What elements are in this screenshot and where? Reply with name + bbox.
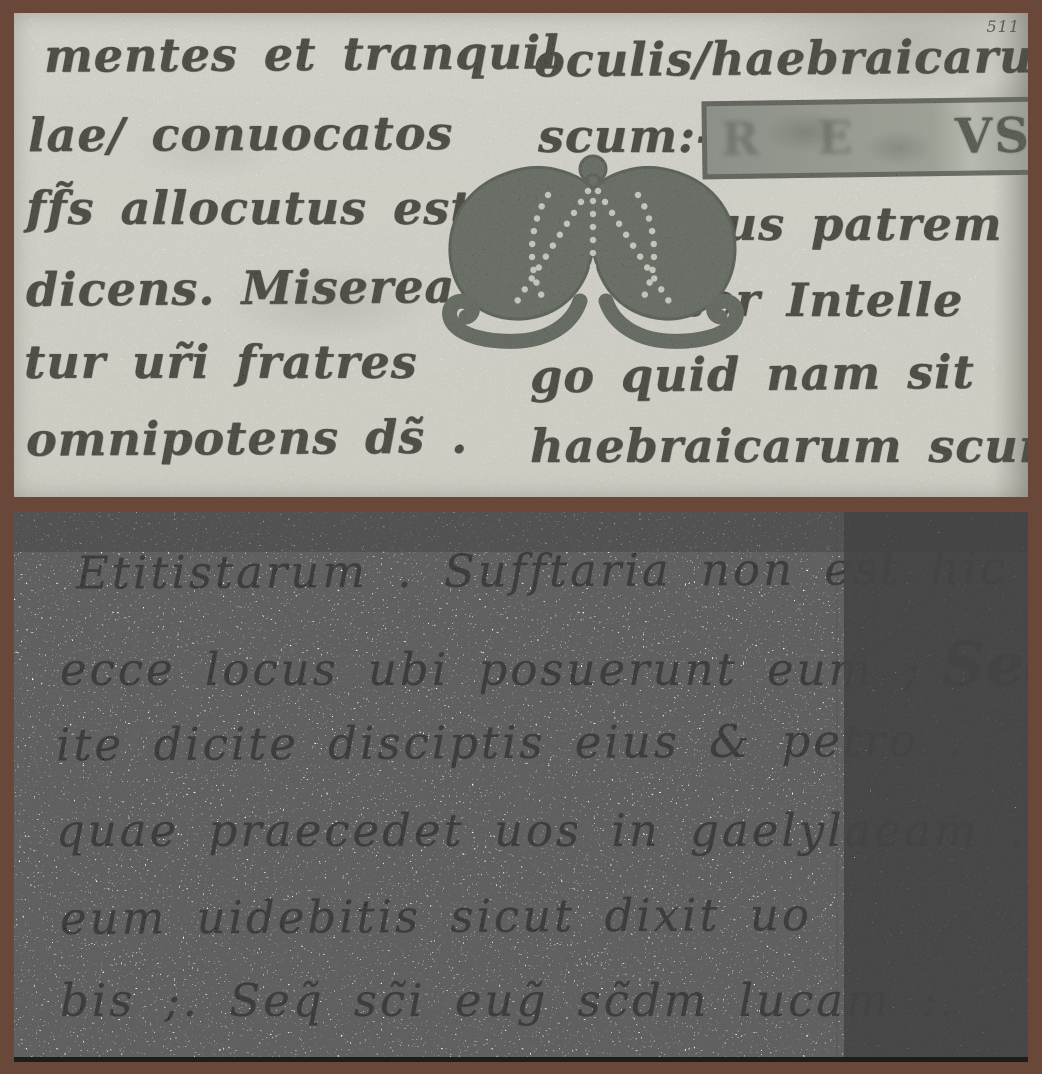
- manuscript-line: Etitistarum . Sufftaria non est hic .: [76, 541, 1028, 599]
- manuscript-line: ff̃s allocutus est: [26, 181, 472, 235]
- manuscript-line: tur ur̃i fratres: [24, 335, 418, 389]
- bottom-manuscript-panel: Etitistarum . Sufftaria non est hic . ec…: [14, 512, 1028, 1062]
- manuscript-line: oculis/haebraicarum: [534, 29, 1028, 88]
- manuscript-line: omnipotens ds̃ .: [26, 409, 468, 466]
- manuscript-line: ecce locus ubi posuerunt eum ;Sed: [60, 630, 1028, 700]
- manuscript-line: eum uidebitis sicut dixit uo: [60, 888, 812, 945]
- line-text: ecce locus ubi posuerunt eum ;: [60, 643, 922, 696]
- manuscript-line: ite dicite disciptis eius & petro .: [56, 714, 966, 772]
- manuscript-line: haebraicarum scum ;: [530, 419, 1028, 473]
- rubric-initial-word: Sed: [942, 630, 1028, 700]
- manuscript-line: bis ;. Seq̃ sc̃i eug̃ sc̃dm lucam :.: [60, 974, 957, 1027]
- manuscript-line: lae/ conuocatos: [28, 106, 454, 162]
- top-manuscript-panel: 511 mentes et tranquil lae/ conuocatos f…: [14, 13, 1028, 497]
- manuscript-facsimile-page: 511 mentes et tranquil lae/ conuocatos f…: [0, 0, 1042, 1074]
- manuscript-line: dicens. Miserea: [26, 259, 456, 317]
- illuminated-initial-icon: [428, 151, 760, 369]
- stamp-visible-letters: VS: [955, 108, 1028, 165]
- manuscript-line: mentes et tranquil: [44, 25, 560, 83]
- manuscript-line: quae praecedet uos in gaelylaeam . ibi: [56, 804, 1028, 857]
